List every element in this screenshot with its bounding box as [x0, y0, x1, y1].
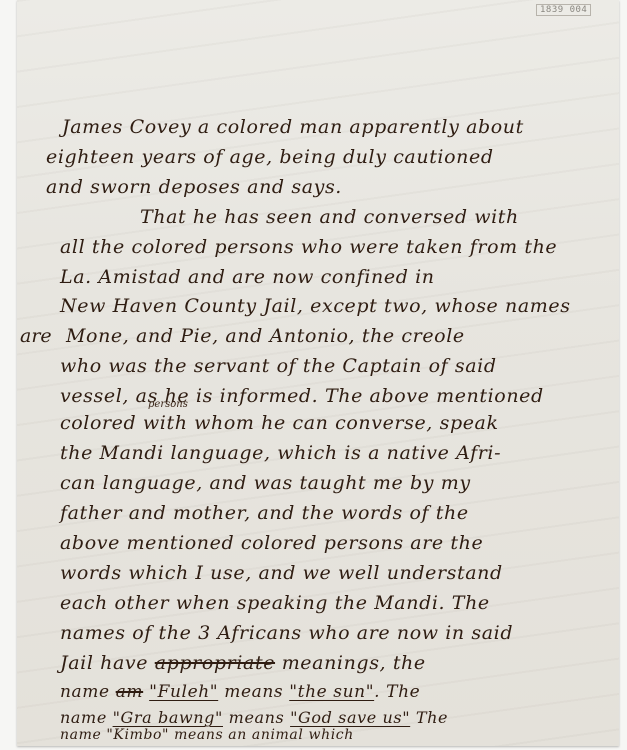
manuscript-line-20: name am "Fuleh" means "the sun". The — [60, 682, 420, 702]
interlinear-insertion: persons — [148, 399, 188, 410]
term-gra-bawng: "Gra bawng" — [113, 708, 223, 727]
manuscript-line-19: Jail have appropriate meanings, the — [60, 652, 426, 674]
manuscript-line-7: New Haven County Jail, except two, whose… — [60, 295, 571, 317]
line-21-start: name — [60, 708, 107, 727]
manuscript-line-14: father and mother, and the words of the — [60, 502, 469, 524]
catalog-number-stamp: 1839 004 — [536, 4, 591, 16]
manuscript-line-12: the Mandi language, which is a native Af… — [60, 442, 501, 464]
manuscript-line-2: eighteen years of age, being duly cautio… — [46, 146, 494, 168]
manuscript-line-6: La. Amistad and are now confined in — [60, 266, 435, 288]
meaning-god-save-us: "God save us" — [290, 708, 410, 727]
meaning-the-sun: "the sun" — [289, 682, 374, 702]
manuscript-line-18: names of the 3 Africans who are now in s… — [60, 622, 513, 644]
line-19-start: Jail have — [60, 652, 148, 674]
line-19-rest: meanings, the — [282, 652, 426, 674]
manuscript-line-15: above mentioned colored persons are the — [60, 532, 483, 554]
line-20-tail: . The — [374, 682, 420, 702]
manuscript-line-11: colored with whom he can converse, speak — [60, 412, 499, 434]
manuscript-line-4: That he has seen and conversed with — [140, 206, 519, 228]
line-20-start: name — [60, 682, 110, 702]
manuscript-line-5: all the colored persons who were taken f… — [60, 236, 557, 258]
manuscript-line-22: name "Kimbo" means an animal which — [60, 727, 354, 743]
manuscript-line-21: name "Gra bawng" means "God save us" The — [60, 708, 448, 727]
manuscript-line-13: can language, and was taught me by my — [60, 472, 471, 494]
means-word: means — [229, 708, 285, 727]
manuscript-line-9: who was the servant of the Captain of sa… — [60, 355, 497, 377]
line-22-rest: means an animal which — [174, 727, 354, 743]
struck-word-appropriate: appropriate — [155, 652, 275, 674]
margin-note: are — [20, 325, 52, 347]
manuscript-line-16: words which I use, and we well understan… — [60, 562, 503, 584]
means-word: means — [224, 682, 283, 702]
struck-word-am: am — [116, 682, 143, 702]
term-fuleh: "Fuleh" — [149, 682, 218, 702]
line-21-tail: The — [410, 708, 448, 727]
manuscript-line-17: each other when speaking the Mandi. The — [60, 592, 490, 614]
manuscript-line-8: Mone, and Pie, and Antonio, the creole — [66, 325, 465, 347]
term-kimbo: "Kimbo" — [106, 727, 169, 743]
manuscript-line-1: James Covey a colored man apparently abo… — [62, 116, 524, 138]
manuscript-line-10: vessel, as he is informed. The above men… — [60, 385, 544, 407]
line-22-start: name — [60, 727, 101, 743]
manuscript-line-3: and sworn deposes and says. — [46, 176, 342, 198]
